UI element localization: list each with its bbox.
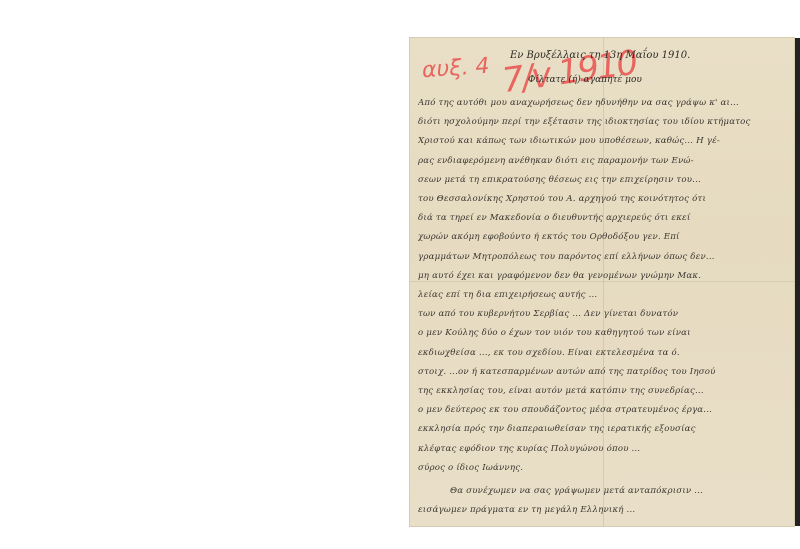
letter-line: της εκκλησίας του, είναι αυτόν μετά κατό… [418,386,788,396]
letter-line: ο μεν Κούλης δύο ο έχων τον υιόν του καθ… [418,328,788,338]
letter-line: εκδιωχθείσα ..., εκ του σχεδίου. Είναι ε… [418,348,788,358]
letter-line: εισάγωμεν πράγματα εν τη μεγάλη Ελληνική… [418,505,788,515]
letter-line: των από του κυβερνήτου Σερβίας ... Δεν γ… [418,309,788,319]
letter-line: διά τα τηρεί εν Μακεδονία ο διευθυντής α… [418,213,788,223]
letter-line: Θα συνέχωμεν να σας γράψωμεν μετά ανταπό… [450,486,788,496]
scanner-edge [795,38,800,526]
letter-line: εκκλησία πρός την διαπεραιωθείσαν της ιε… [418,424,788,434]
letter-line: λείας επί τη δια επιχειρήσεως αυτής ... [418,290,788,300]
letter-line: σύρος ο ίδιος Ιωάννης. [418,463,788,473]
letter-line: κλέφτας εφόδιον της κυρίας Πολυγώνου όπο… [418,444,788,454]
letter-line: διότι ησχολούμην περί την εξέτασιν της ι… [418,117,788,127]
letter-line: Χριστού και κάπως των ιδιωτικών μου υποθ… [418,136,788,146]
letter-line: στοιχ. ...ον ή κατεσπαρμένων αυτών από τ… [418,367,788,377]
letter-line: σεων μετά τη επικρατούσης θέσεως εις την… [418,175,788,185]
letter-line: του Θεσσαλονίκης Χρηστού του Α. αρχηγού … [418,194,788,204]
letter-line: ο μεν δεύτερος εκ του σπουδάζοντος μέσα … [418,405,788,415]
letter-line: μη αυτό έχει και γραφόμενον δεν θα γενομ… [418,271,788,281]
letter-line: ρας ενδιαφερόμενη ανέθηκαν διότι εις παρ… [418,156,788,166]
red-annotation-left: αυξ. 4 [421,54,490,84]
letter-line: χωρών ακόμη εφοβούντο ή εκτός του Ορθοδό… [418,232,788,242]
letter-date-line: Εν Βρυξέλλαις τη 13η Μαΐου 1910. [510,50,690,61]
letter-line: Από της αυτόθι μου αναχωρήσεως δεν ηδυνή… [418,98,788,108]
letter-page: αυξ. 4 7/v 1910 Εν Βρυξέλλαις τη 13η Μαΐ… [410,38,794,526]
letter-salutation: Φίλτατε (ή) αγαπητέ μου [528,75,642,85]
letter-line: γραμμάτων Μητροπόλεως του παρόντος επί ε… [418,252,788,262]
